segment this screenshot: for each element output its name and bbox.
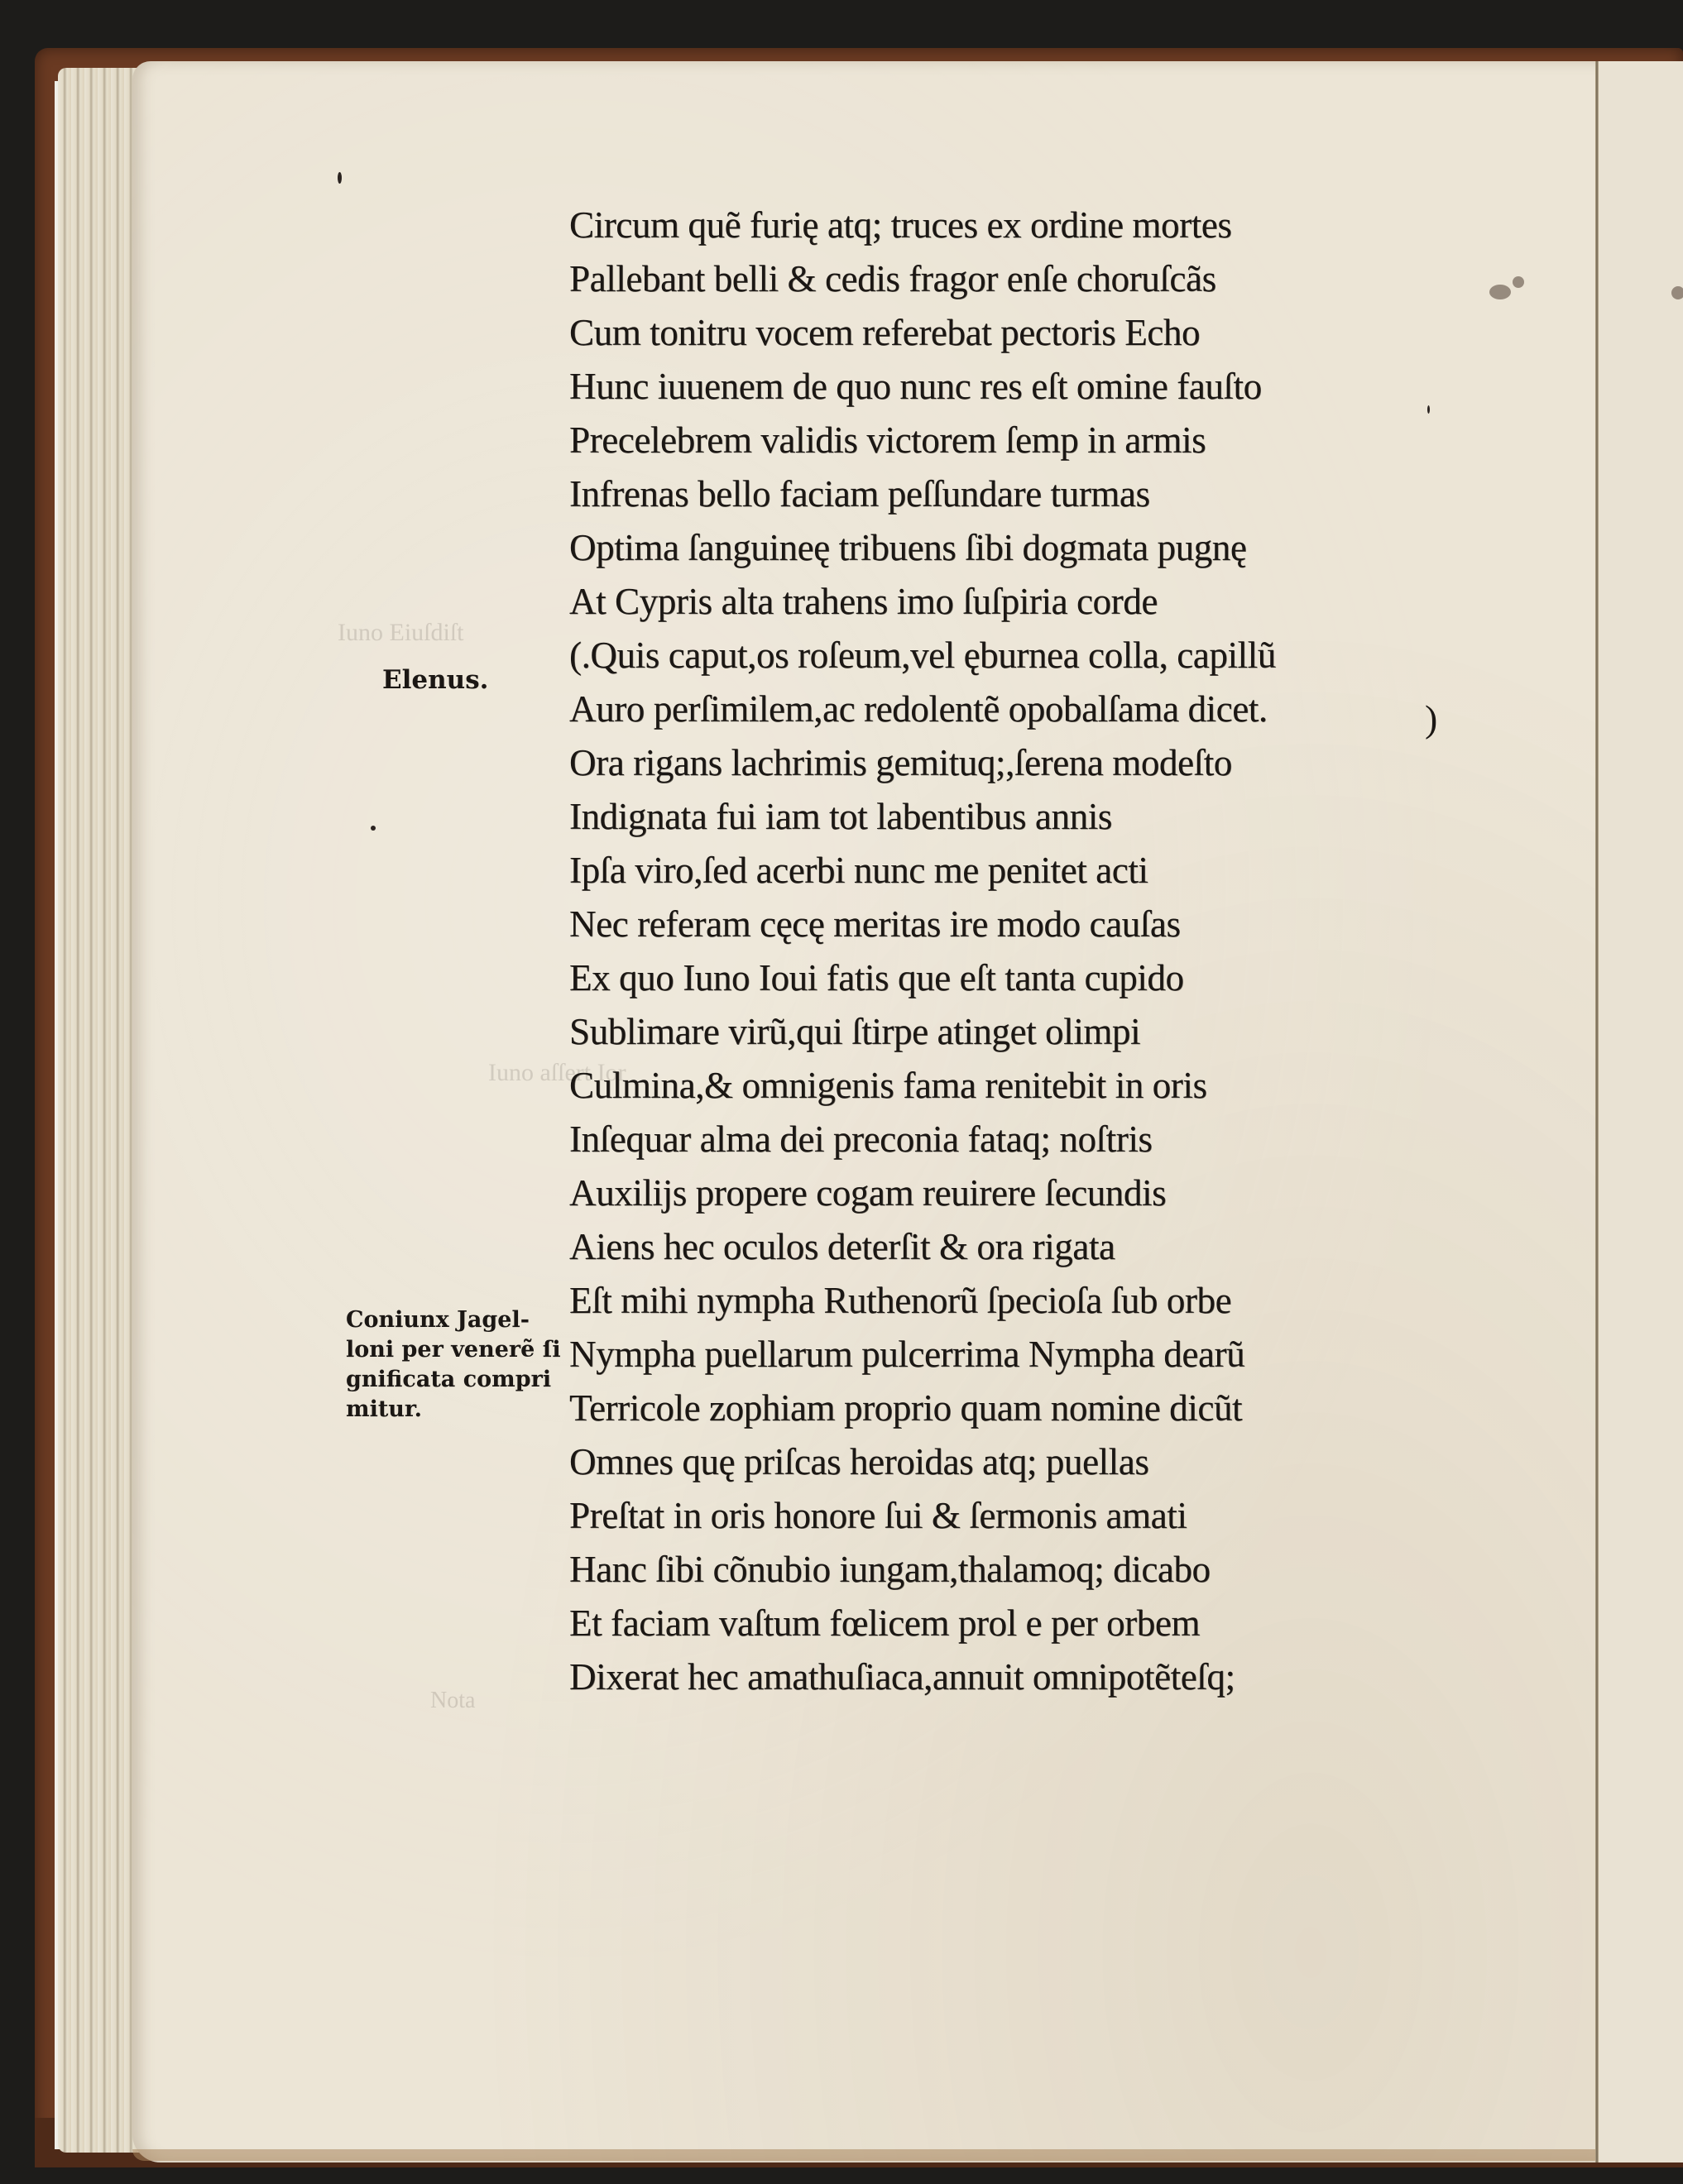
verse-line-15: Ex quo Iuno Ioui fatis que eſt tanta cup… — [569, 951, 1438, 1005]
foxing-stain — [1489, 285, 1511, 299]
marginal-note-elenus: Elenus. — [382, 665, 488, 695]
verse-line-25: Preſtat in oris honore ſui & ſermonis am… — [569, 1489, 1438, 1543]
verse-line-20: Aiens hec oculos deterſit & ora rigata — [569, 1220, 1438, 1274]
verse-line-22: Nympha puellarum pulcerrima Nympha dearũ — [569, 1328, 1438, 1382]
verse-line-3: Cum tonitru vocem referebat pectoris Ech… — [569, 306, 1438, 360]
page-bottom-edge — [132, 2149, 1605, 2161]
marginal-note-line-3: gnificata compri — [346, 1365, 561, 1395]
verse-line-1: Circum quẽ furię atq; truces ex ordine m… — [569, 199, 1438, 252]
ink-speck — [371, 826, 376, 831]
verse-line-5: Precelebrem validis victorem ſemp in arm… — [569, 414, 1438, 467]
verse-line-23: Terricole zophiam proprio quam nomine di… — [569, 1382, 1438, 1435]
foxing-stain — [1671, 286, 1683, 299]
verse-line-26: Hanc ſibi cõnubio iungam,thalamoq; dicab… — [569, 1543, 1438, 1597]
verse-line-27: Et faciam vaſtum fœlicem prol e per orbe… — [569, 1597, 1438, 1650]
verse-line-11: Ora rigans lachrimis gemituq;,ſerena mod… — [569, 736, 1438, 790]
verse-line-19: Auxilijs propere cogam reuirere ſecundis — [569, 1166, 1438, 1220]
verse-line-2: Pallebant belli & cedis fragor enſe chor… — [569, 252, 1438, 306]
verse-line-12: Indignata fui iam tot labentibus annis — [569, 790, 1438, 844]
foxing-stain — [1513, 276, 1524, 288]
verse-line-8: At Cypris alta trahens imo ſuſpiria cord… — [569, 575, 1438, 629]
verse-line-28: Dixerat hec amathuſiaca,annuit omnipotẽt… — [569, 1650, 1438, 1704]
verse-line-18: Inſequar alma dei preconia fataq; noſtri… — [569, 1113, 1438, 1166]
verse-line-13: Ipſa viro,ſed acerbi nunc me penitet act… — [569, 844, 1438, 898]
marginal-note-coniunx: Coniunx Jagel- loni per venerẽ ſi gnific… — [346, 1305, 561, 1425]
verse-text-block: Circum quẽ furię atq; truces ex ordine m… — [569, 199, 1438, 1704]
marginal-note-line-2: loni per venerẽ ſi — [346, 1335, 561, 1365]
verse-line-10: Auro perſimilem,ac redolentẽ opobalſama … — [569, 682, 1438, 736]
verse-line-6: Infrenas bello faciam peſſundare turmas — [569, 467, 1438, 521]
verse-line-7: Optima ſanguineę tribuens ſibi dogmata p… — [569, 521, 1438, 575]
bleed-through-margin-3: Nota — [430, 1688, 475, 1714]
verse-line-14: Nec referam cęcę meritas ire modo cauſas — [569, 898, 1438, 951]
ink-speck — [338, 172, 342, 184]
verse-line-24: Omnes quę priſcas heroidas atq; puellas — [569, 1435, 1438, 1489]
closing-bracket: ) — [1425, 697, 1437, 740]
verse-line-17: Culmina,& omnigenis fama renitebit in or… — [569, 1059, 1438, 1113]
marginal-note-line-1: Coniunx Jagel- — [346, 1305, 561, 1335]
marginal-note-line-4: mitur. — [346, 1395, 561, 1425]
right-page-fragment — [1599, 61, 1683, 2162]
bleed-through-margin-1: Iuno Eiuſdiſt — [338, 619, 464, 647]
verse-line-4: Hunc iuuenem de quo nunc res eſt omine f… — [569, 360, 1438, 414]
verse-line-16: Sublimare virũ,qui ſtirpe atinget olimpi — [569, 1005, 1438, 1059]
verse-line-9: (.Quis caput,os roſeum,vel ęburnea colla… — [569, 629, 1438, 682]
verse-line-21: Eſt mihi nympha Ruthenorũ ſpecioſa ſub o… — [569, 1274, 1438, 1328]
